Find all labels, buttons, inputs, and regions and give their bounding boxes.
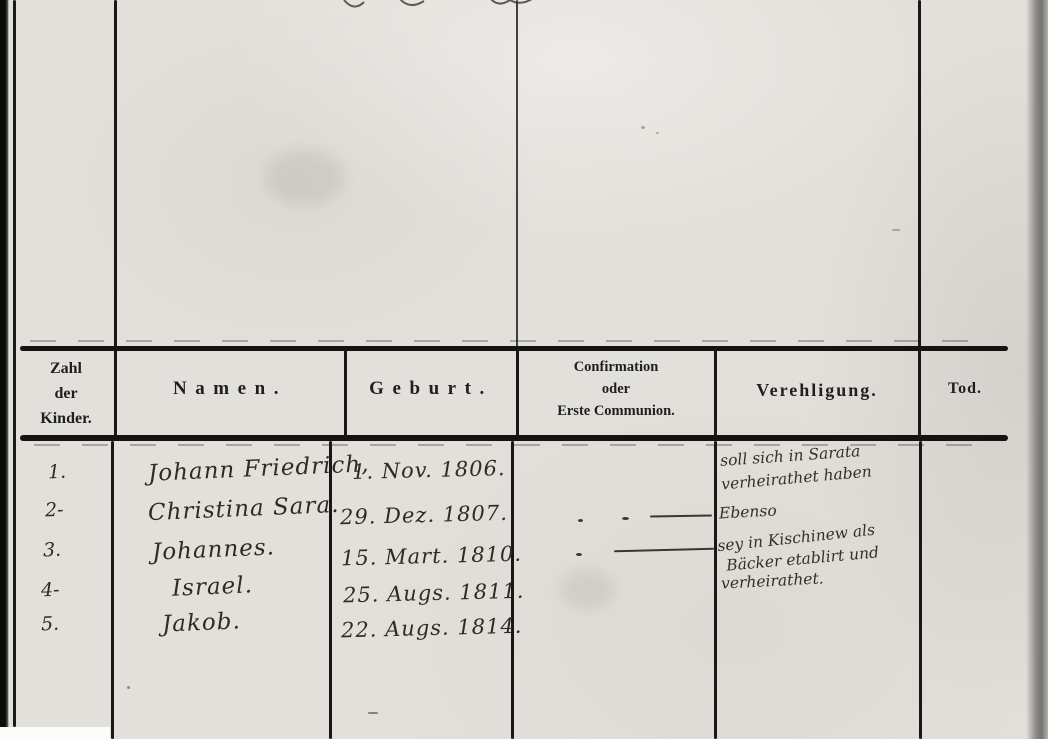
scan-edge-right <box>1026 0 1048 739</box>
scanned-register-page: Zahl der Kinder. Namen. Geburt. Confirma… <box>0 0 1048 739</box>
header-zahl-line3: Kinder. <box>18 406 114 431</box>
scan-notch-bottom-left <box>0 727 110 739</box>
row-5-number: 5. <box>41 613 60 636</box>
header-verehligung: Verehligung. <box>718 380 916 401</box>
row-2-birth: 29. Dez. 1807. <box>340 501 508 529</box>
column-line-lower-2 <box>329 441 332 739</box>
header-geburt: Geburt. <box>348 378 514 400</box>
paper-speck <box>368 712 378 714</box>
header-divider-4 <box>714 348 717 438</box>
header-confirmation-line3: Erste Communion. <box>520 400 712 422</box>
row-3-name: Johannes. <box>151 534 275 565</box>
row-5-name: Jakob. <box>161 608 241 637</box>
header-confirmation-line2: oder <box>520 378 712 400</box>
column-line-lower-1 <box>111 441 114 739</box>
header-confirmation-line1: Confirmation <box>520 356 712 378</box>
paper-speck <box>641 126 645 129</box>
marriage-note-line-3: Ebenso <box>719 502 778 523</box>
row-5-birth: 22. Augs. 1814. <box>341 614 523 643</box>
header-divider-1 <box>114 348 117 438</box>
row-3-number: 3. <box>43 539 62 562</box>
header-top-rule-echo <box>30 340 990 342</box>
header-tod: Tod. <box>922 380 1008 398</box>
row-1-birth: 1. Nov. 1806. <box>352 456 506 484</box>
column-line-upper-1 <box>114 0 117 350</box>
paper-smudge <box>560 570 615 610</box>
header-top-rule <box>20 346 1008 351</box>
header-bottom-rule <box>20 435 1008 441</box>
row-2-name: Christina Sara. <box>148 492 340 526</box>
column-line-lower-4 <box>714 441 717 739</box>
paper-smudge <box>265 150 345 205</box>
row-4-name: Israel. <box>171 572 253 602</box>
row-2-number: 2- <box>45 499 64 522</box>
ditto-dash-mark <box>622 517 629 520</box>
column-line-upper-3 <box>918 0 921 350</box>
paper-speck <box>892 229 900 231</box>
ditto-dash-mark <box>576 553 582 556</box>
row-4-birth: 25. Augs. 1811. <box>343 579 525 608</box>
ditto-dash-mark <box>614 548 714 553</box>
row-1-number: 1. <box>48 461 67 484</box>
column-line-upper-2 <box>516 0 518 350</box>
header-zahl-line1: Zahl <box>18 356 114 381</box>
header-zahl-line2: der <box>18 381 114 406</box>
paper-speck <box>127 686 130 689</box>
row-3-birth: 15. Mart. 1810. <box>341 542 523 571</box>
column-line-lower-5 <box>919 441 922 739</box>
row-1-name: Johann Friedrich, <box>148 451 370 487</box>
header-namen: Namen. <box>118 378 342 400</box>
cutoff-handwriting-remnant <box>340 0 540 12</box>
scan-edge-left <box>0 0 9 728</box>
header-divider-3 <box>516 348 519 438</box>
header-divider-2 <box>344 348 347 438</box>
row-4-number: 4- <box>41 579 60 602</box>
header-confirmation: Confirmation oder Erste Communion. <box>520 356 712 422</box>
ditto-dash-mark <box>578 519 583 522</box>
table-left-border <box>13 0 16 727</box>
header-zahl-der-kinder: Zahl der Kinder. <box>18 356 114 431</box>
ditto-dash-mark <box>650 514 712 517</box>
header-divider-5 <box>918 348 921 438</box>
paper-speck <box>656 132 659 134</box>
